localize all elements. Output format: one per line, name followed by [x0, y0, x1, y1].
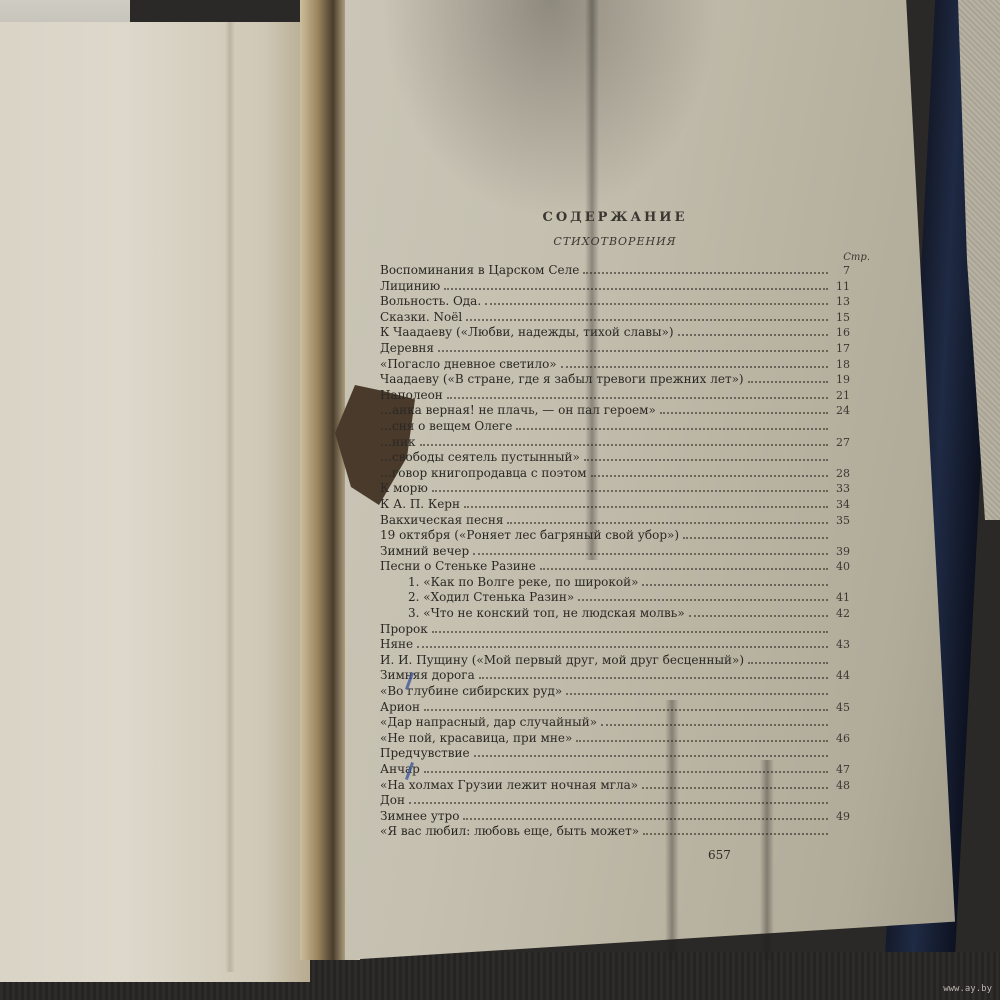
toc-entry: …свободы сеятель пустынный» [380, 450, 850, 466]
toc-entry: «Погасло дневное светило»18 [380, 357, 850, 373]
toc-entry: «Я вас любил: любовь еще, быть может» [380, 824, 850, 840]
toc-list: Воспоминания в Царском Селе7Лицинию11Вол… [380, 263, 850, 840]
leader-dots [683, 529, 828, 539]
toc-entry-title: …сня о вещем Олеге [380, 419, 512, 435]
toc-entry: Вакхическая песня35 [380, 513, 850, 529]
toc-entry-title: Чаадаеву («В стране, где я забыл тревоги… [380, 372, 744, 388]
toc-entry: К Чаадаеву («Любви, надежды, тихой славы… [380, 325, 850, 341]
page-column-label: Стр. [380, 252, 870, 263]
toc-entry: 1. «Как по Волге реке, по широкой» [380, 575, 850, 591]
page-number: 657 [708, 848, 731, 862]
toc-entry: 2. «Ходил Стенька Разин»41 [380, 590, 850, 606]
toc-entry: …говор книгопродавца с поэтом28 [380, 466, 850, 482]
toc-entry: И. И. Пущину («Мой первый друг, мой друг… [380, 653, 850, 669]
toc-entry: 3. «Что не конский топ, не людская молвь… [380, 606, 850, 622]
toc-entry-page: 11 [832, 279, 850, 295]
toc-entry: Деревня17 [380, 341, 850, 357]
toc-entry: Зимний вечер39 [380, 544, 850, 560]
toc-entry-page: 33 [832, 481, 850, 497]
toc-entry-page: 28 [832, 466, 850, 482]
toc-entry-page: 24 [832, 403, 850, 419]
toc-entry-page: 17 [832, 341, 850, 357]
toc-entry-title: …говор книгопродавца с поэтом [380, 466, 587, 482]
leader-dots [485, 295, 828, 305]
toc-entry-title: Вольность. Ода. [380, 294, 481, 310]
toc-entry: 19 октября («Роняет лес багряный свой уб… [380, 528, 850, 544]
toc-entry-page: 47 [832, 762, 850, 778]
toc-entry: …сня о вещем Олеге [380, 419, 850, 435]
toc-entry-title: Арион [380, 700, 420, 716]
book-photo: СОДЕРЖАНИЕ СТИХОТВОРЕНИЯ Стр. Воспоминан… [0, 0, 1000, 1000]
leader-dots [578, 591, 828, 601]
leader-dots [678, 326, 828, 336]
toc-entry-title: …анка верная! не плачь, — он пал героем» [380, 403, 656, 419]
leader-dots [748, 654, 828, 664]
toc-entry: …анка верная! не плачь, — он пал героем»… [380, 403, 850, 419]
toc-entry-page: 16 [832, 325, 850, 341]
toc-entry-title: Наполеон [380, 388, 443, 404]
toc-heading: СОДЕРЖАНИЕ [380, 210, 850, 225]
leader-dots [642, 576, 828, 586]
page-shadow [380, 0, 720, 220]
toc-entry: Зимняя дорога44 [380, 668, 850, 684]
toc-entry-page: 7 [832, 263, 850, 279]
leader-dots [417, 638, 828, 648]
toc-entry-title: 2. «Ходил Стенька Разин» [380, 590, 574, 606]
toc-entry-page: 34 [832, 497, 850, 513]
leader-dots [561, 358, 828, 368]
toc-section-title: СТИХОТВОРЕНИЯ [380, 235, 850, 248]
toc-entry-title: «Не пой, красавица, при мне» [380, 731, 572, 747]
toc-entry: Сказки. Noël15 [380, 310, 850, 326]
toc-entry: «Дар напрасный, дар случайный» [380, 715, 850, 731]
toc-entry-page: 15 [832, 310, 850, 326]
toc-entry: Чаадаеву («В стране, где я забыл тревоги… [380, 372, 850, 388]
leader-dots [748, 373, 828, 383]
leader-dots [689, 607, 828, 617]
toc-entry-page: 39 [832, 544, 850, 560]
toc-entry: Анчар47 [380, 762, 850, 778]
toc-entry: К А. П. Керн34 [380, 497, 850, 513]
leader-dots [444, 280, 828, 290]
toc-entry: Арион45 [380, 700, 850, 716]
toc-entry: Вольность. Ода.13 [380, 294, 850, 310]
leader-dots [576, 732, 828, 742]
toc-entry-title: …свободы сеятель пустынный» [380, 450, 580, 466]
leader-dots [479, 669, 828, 679]
toc-entry: Пророк [380, 622, 850, 638]
toc-entry-title: «Я вас любил: любовь еще, быть может» [380, 824, 639, 840]
toc-entry-page: 48 [832, 778, 850, 794]
leader-dots [566, 685, 828, 695]
leader-dots [424, 701, 828, 711]
leader-dots [466, 311, 828, 321]
toc-entry-page: 27 [832, 435, 850, 451]
toc-entry: К морю33 [380, 481, 850, 497]
toc-entry: «На холмах Грузии лежит ночная мгла»48 [380, 778, 850, 794]
toc-entry-title: Зимний вечер [380, 544, 469, 560]
toc-entry: «Во глубине сибирских руд» [380, 684, 850, 700]
leader-dots [464, 498, 828, 508]
toc-entry-title: И. И. Пущину («Мой первый друг, мой друг… [380, 653, 744, 669]
toc-entry-page: 13 [832, 294, 850, 310]
leader-dots [584, 451, 828, 461]
toc-entry-page: 45 [832, 700, 850, 716]
leader-dots [447, 389, 828, 399]
leader-dots [463, 810, 828, 820]
toc-entry-page: 21 [832, 388, 850, 404]
toc-entry: Няне43 [380, 637, 850, 653]
leader-dots [432, 482, 828, 492]
toc-entry-title: Воспоминания в Царском Селе [380, 263, 579, 279]
leader-dots [424, 763, 828, 773]
toc-entry: Лицинию11 [380, 279, 850, 295]
toc-entry-title: Деревня [380, 341, 434, 357]
toc-entry-title: 19 октября («Роняет лес багряный свой уб… [380, 528, 679, 544]
leader-dots [642, 779, 828, 789]
toc-entry-page: 18 [832, 357, 850, 373]
toc-entry-page: 43 [832, 637, 850, 653]
toc-entry: Дон [380, 793, 850, 809]
leader-dots [409, 794, 828, 804]
toc-entry-title: Вакхическая песня [380, 513, 503, 529]
leader-dots [432, 623, 828, 633]
toc-entry-title: Зимнее утро [380, 809, 459, 825]
leader-dots [474, 747, 828, 757]
leader-dots [507, 514, 828, 524]
left-page-crease [225, 22, 235, 972]
toc-entry-page: 42 [832, 606, 850, 622]
toc-entry: «Не пой, красавица, при мне»46 [380, 731, 850, 747]
leader-dots [473, 545, 828, 555]
leader-dots [601, 716, 828, 726]
leader-dots [583, 264, 828, 274]
toc-entry-title: Анчар [380, 762, 420, 778]
toc-entry-page: 40 [832, 559, 850, 575]
leader-dots [660, 404, 828, 414]
toc-entry: Предчувствие [380, 746, 850, 762]
toc-entry-title: К Чаадаеву («Любви, надежды, тихой славы… [380, 325, 674, 341]
toc-entry-title: Лицинию [380, 279, 440, 295]
leader-dots [591, 467, 828, 477]
toc-entry-page: 19 [832, 372, 850, 388]
toc-entry-title: «Дар напрасный, дар случайный» [380, 715, 597, 731]
left-page [0, 22, 310, 982]
toc-entry-page: 44 [832, 668, 850, 684]
toc-entry: Зимнее утро49 [380, 809, 850, 825]
leader-dots [438, 342, 828, 352]
leader-dots [420, 436, 829, 446]
leader-dots [540, 560, 828, 570]
toc-entry-title: …ник [380, 435, 416, 451]
toc-entry-title: 3. «Что не конский топ, не людская молвь… [380, 606, 685, 622]
toc-entry: Воспоминания в Царском Селе7 [380, 263, 850, 279]
toc-entry-title: 1. «Как по Волге реке, по широкой» [380, 575, 638, 591]
toc-entry-page: 46 [832, 731, 850, 747]
toc-entry-title: Предчувствие [380, 746, 470, 762]
toc-entry: Наполеон21 [380, 388, 850, 404]
toc-entry: Песни о Стеньке Разине40 [380, 559, 850, 575]
toc-entry-title: Зимняя дорога [380, 668, 475, 684]
toc-entry-title: Пророк [380, 622, 428, 638]
toc-entry-page: 49 [832, 809, 850, 825]
toc-entry-title: Песни о Стеньке Разине [380, 559, 536, 575]
toc-entry-title: Няне [380, 637, 413, 653]
leader-dots [643, 825, 828, 835]
toc-entry-page: 41 [832, 590, 850, 606]
table-of-contents: СОДЕРЖАНИЕ СТИХОТВОРЕНИЯ Стр. Воспоминан… [380, 210, 850, 840]
toc-entry-page: 35 [832, 513, 850, 529]
toc-entry-title: «На холмах Грузии лежит ночная мгла» [380, 778, 638, 794]
leader-dots [516, 420, 828, 430]
toc-entry-title: Дон [380, 793, 405, 809]
watermark: www.ay.by [943, 984, 992, 994]
toc-entry-title: К А. П. Керн [380, 497, 460, 513]
toc-entry-title: К морю [380, 481, 428, 497]
toc-entry: …ник27 [380, 435, 850, 451]
toc-entry-title: Сказки. Noël [380, 310, 462, 326]
toc-entry-title: «Погасло дневное светило» [380, 357, 557, 373]
